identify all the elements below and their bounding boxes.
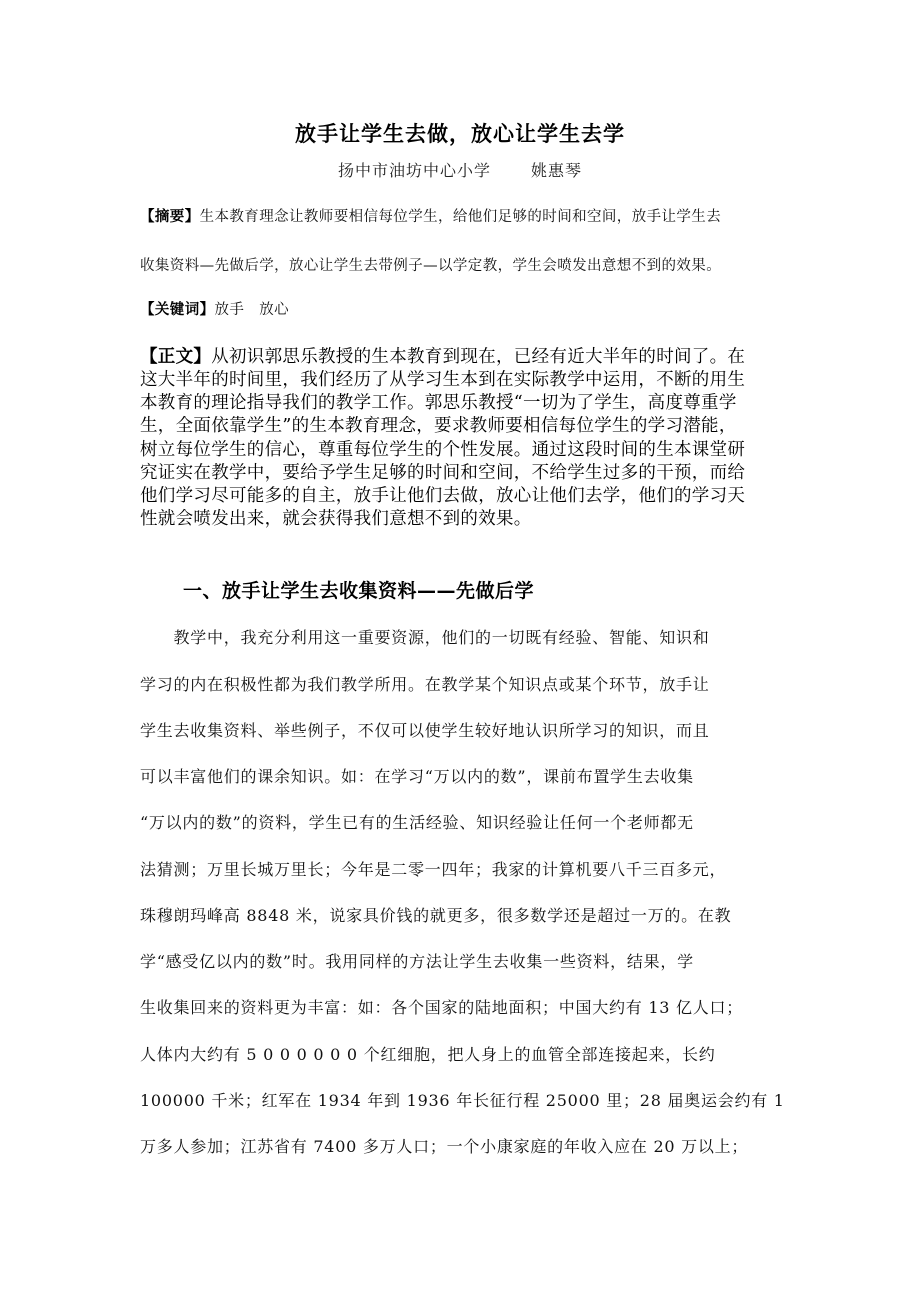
section-line-8: 学“感受亿以内的数”时。我用同样的方法让学生去收集一些资料，结果，学 [140,952,694,972]
main-text-line-7: 他们学习尽可能多的自主，放手让他们去做，放心让他们去学，他们的学习天 [140,485,745,507]
main-text-line-4: 生，全面依靠学生”的生本教育理念，要求教师要相信每位学生的学习潜能， [140,415,737,437]
main-text-line-3: 本教育的理论指导我们的教学工作。郭思乐教授“一切为了学生，高度尊重学 [140,392,737,414]
section-line-6: 法猜测；万里长城万里长；今年是二零一四年；我家的计算机要八千三百多元， [140,860,726,880]
abstract-line-1: 【摘要】生本教育理念让教师要相信每位学生，给他们足够的时间和空间，放手让学生去 [140,207,721,227]
main-text-label: 【正文】 [140,347,211,367]
school-name: 扬中市油坊中心小学 [338,161,491,180]
abstract-line-2: 收集资料—先做后学，放心让学生去带例子—以学定教，学生会喷发出意想不到的效果。 [140,256,721,276]
keywords-label: 【关键词】 [140,302,215,318]
section-line-10: 人体内大约有 5 0 0 0 0 0 0 个红细胞，把人身上的血管全部连接起来，… [140,1045,715,1065]
main-text-line-2: 这大半年的时间里，我们经历了从学习生本到在实际教学中运用，不断的用生 [140,369,745,391]
abstract-label: 【摘要】 [140,209,200,225]
main-text-line-8: 性就会喷发出来，就会获得我们意想不到的效果。 [140,508,532,530]
main-text-line-5: 树立每位学生的信心，尊重每位学生的个性发展。通过这段时间的生本课堂研 [140,439,745,461]
section-line-5: “万以内的数”的资料，学生已有的生活经验、知识经验让任何一个老师都无 [140,813,694,833]
section-heading: 一、放手让学生去收集资料——先做后学 [183,579,534,603]
section-line-1: 教学中，我充分利用这一重要资源，他们的一切既有经验、智能、知识和 [140,628,710,648]
section-line-12: 万多人参加；江苏省有 7400 多万人口；一个小康家庭的年收入应在 20 万以上… [140,1137,748,1157]
byline: 扬中市油坊中心小学姚惠琴 [0,160,920,182]
author-name: 姚惠琴 [531,161,582,180]
keywords-line: 【关键词】放手 放心 [140,300,289,320]
main-text-line-1: 【正文】从初识郭思乐教授的生本教育到现在，已经有近大半年的时间了。在 [140,346,745,368]
section-line-7: 珠穆朗玛峰高 8848 米，说家具价钱的就更多，很多数学还是超过一万的。在教 [140,906,731,926]
section-line-3: 学生去收集资料、举些例子，不仅可以使学生较好地认识所学习的知识，而且 [140,721,710,741]
section-line-4: 可以丰富他们的课余知识。如：在学习“万以内的数”，课前布置学生去收集 [140,767,694,787]
section-line-2: 学习的内在积极性都为我们教学所用。在教学某个知识点或某个环节，放手让 [140,675,710,695]
document-page: 放手让学生去做，放心让学生去学 扬中市油坊中心小学姚惠琴 【摘要】生本教育理念让… [0,0,920,1302]
abstract-text: 生本教育理念让教师要相信每位学生，给他们足够的时间和空间，放手让学生去 [200,209,722,225]
section-line-11: 100000 千米；红军在 1934 年到 1936 年长征行程 25000 里… [140,1091,785,1111]
main-text-line-6: 究证实在教学中，要给予学生足够的时间和空间，不给学生过多的干预，而给 [140,462,745,484]
section-line-9: 生收集回来的资料更为丰富：如：各个国家的陆地面积；中国大约有 13 亿人口； [140,998,743,1018]
document-title: 放手让学生去做，放心让学生去学 [0,121,920,147]
keywords-text: 放手 放心 [215,302,290,318]
